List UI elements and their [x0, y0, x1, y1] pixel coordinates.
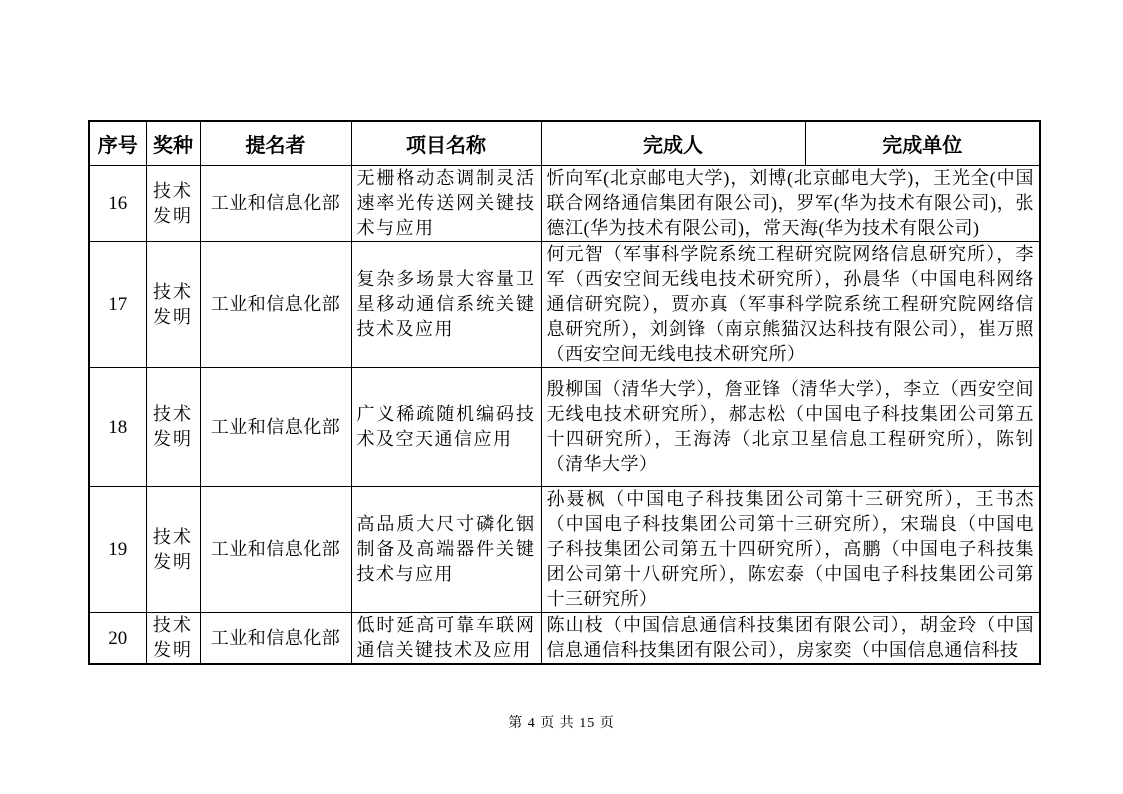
completers-cell: 忻向军(北京邮电大学)，刘博(北京邮电大学)，王光全(中国联合网络通信集团有限公… [541, 166, 1040, 242]
completers-cell: 殷柳国（清华大学），詹亚锋（清华大学），李立（西安空间无线电技术研究所），郝志松… [541, 368, 1040, 487]
project-name-cell: 广义稀疏随机编码技术及空天通信应用 [351, 368, 541, 487]
table-row: 16 技术发明 工业和信息化部 无栅格动态调制灵活速率光传送网关键技术与应用 忻… [89, 166, 1040, 242]
serial-number-cell: 19 [89, 487, 146, 613]
page-number-footer: 第 4 页 共 15 页 [0, 712, 1123, 732]
project-name-cell: 高品质大尺寸磷化铟制备及高端器件关键技术与应用 [351, 487, 541, 613]
col-header-project-name: 项目名称 [351, 121, 541, 166]
project-name-cell: 复杂多场景大容量卫星移动通信系统关键技术及应用 [351, 242, 541, 368]
table-row: 17 技术发明 工业和信息化部 复杂多场景大容量卫星移动通信系统关键技术及应用 … [89, 242, 1040, 368]
table-row: 20 技术发明 工业和信息化部 低时延高可靠车联网通信关键技术及应用 陈山枝（中… [89, 613, 1040, 665]
table-row: 19 技术发明 工业和信息化部 高品质大尺寸磷化铟制备及高端器件关键技术与应用 … [89, 487, 1040, 613]
award-type-cell: 技术发明 [146, 242, 200, 368]
nominator-cell: 工业和信息化部 [200, 487, 351, 613]
serial-number-cell: 16 [89, 166, 146, 242]
document-page: 序号奖种提名者项目名称完成人完成单位 16 技术发明 工业和信息化部 无栅格动态… [0, 0, 1123, 794]
completers-cell: 陈山枝（中国信息通信科技集团有限公司），胡金玲（中国信息通信科技集团有限公司），… [541, 613, 1040, 665]
col-header-award-type: 奖种 [146, 121, 200, 166]
table-header-row: 序号奖种提名者项目名称完成人完成单位 [89, 121, 1040, 166]
col-header-completers: 完成人 [541, 121, 805, 166]
table-row: 18 技术发明 工业和信息化部 广义稀疏随机编码技术及空天通信应用 殷柳国（清华… [89, 368, 1040, 487]
completers-cell: 孙聂枫（中国电子科技集团公司第十三研究所），王书杰（中国电子科技集团公司第十三研… [541, 487, 1040, 613]
completers-cell: 何元智（军事科学院系统工程研究院网络信息研究所），李军（西安空间无线电技术研究所… [541, 242, 1040, 368]
awards-table: 序号奖种提名者项目名称完成人完成单位 16 技术发明 工业和信息化部 无栅格动态… [88, 120, 1041, 665]
nominator-cell: 工业和信息化部 [200, 368, 351, 487]
col-header-nominator: 提名者 [200, 121, 351, 166]
col-header-completing-units: 完成单位 [805, 121, 1040, 166]
col-header-serial-number: 序号 [89, 121, 146, 166]
award-type-cell: 技术发明 [146, 368, 200, 487]
nominator-cell: 工业和信息化部 [200, 613, 351, 665]
serial-number-cell: 17 [89, 242, 146, 368]
serial-number-cell: 20 [89, 613, 146, 665]
project-name-cell: 无栅格动态调制灵活速率光传送网关键技术与应用 [351, 166, 541, 242]
award-type-cell: 技术发明 [146, 487, 200, 613]
award-type-cell: 技术发明 [146, 166, 200, 242]
project-name-cell: 低时延高可靠车联网通信关键技术及应用 [351, 613, 541, 665]
award-type-cell: 技术发明 [146, 613, 200, 665]
nominator-cell: 工业和信息化部 [200, 242, 351, 368]
nominator-cell: 工业和信息化部 [200, 166, 351, 242]
serial-number-cell: 18 [89, 368, 146, 487]
